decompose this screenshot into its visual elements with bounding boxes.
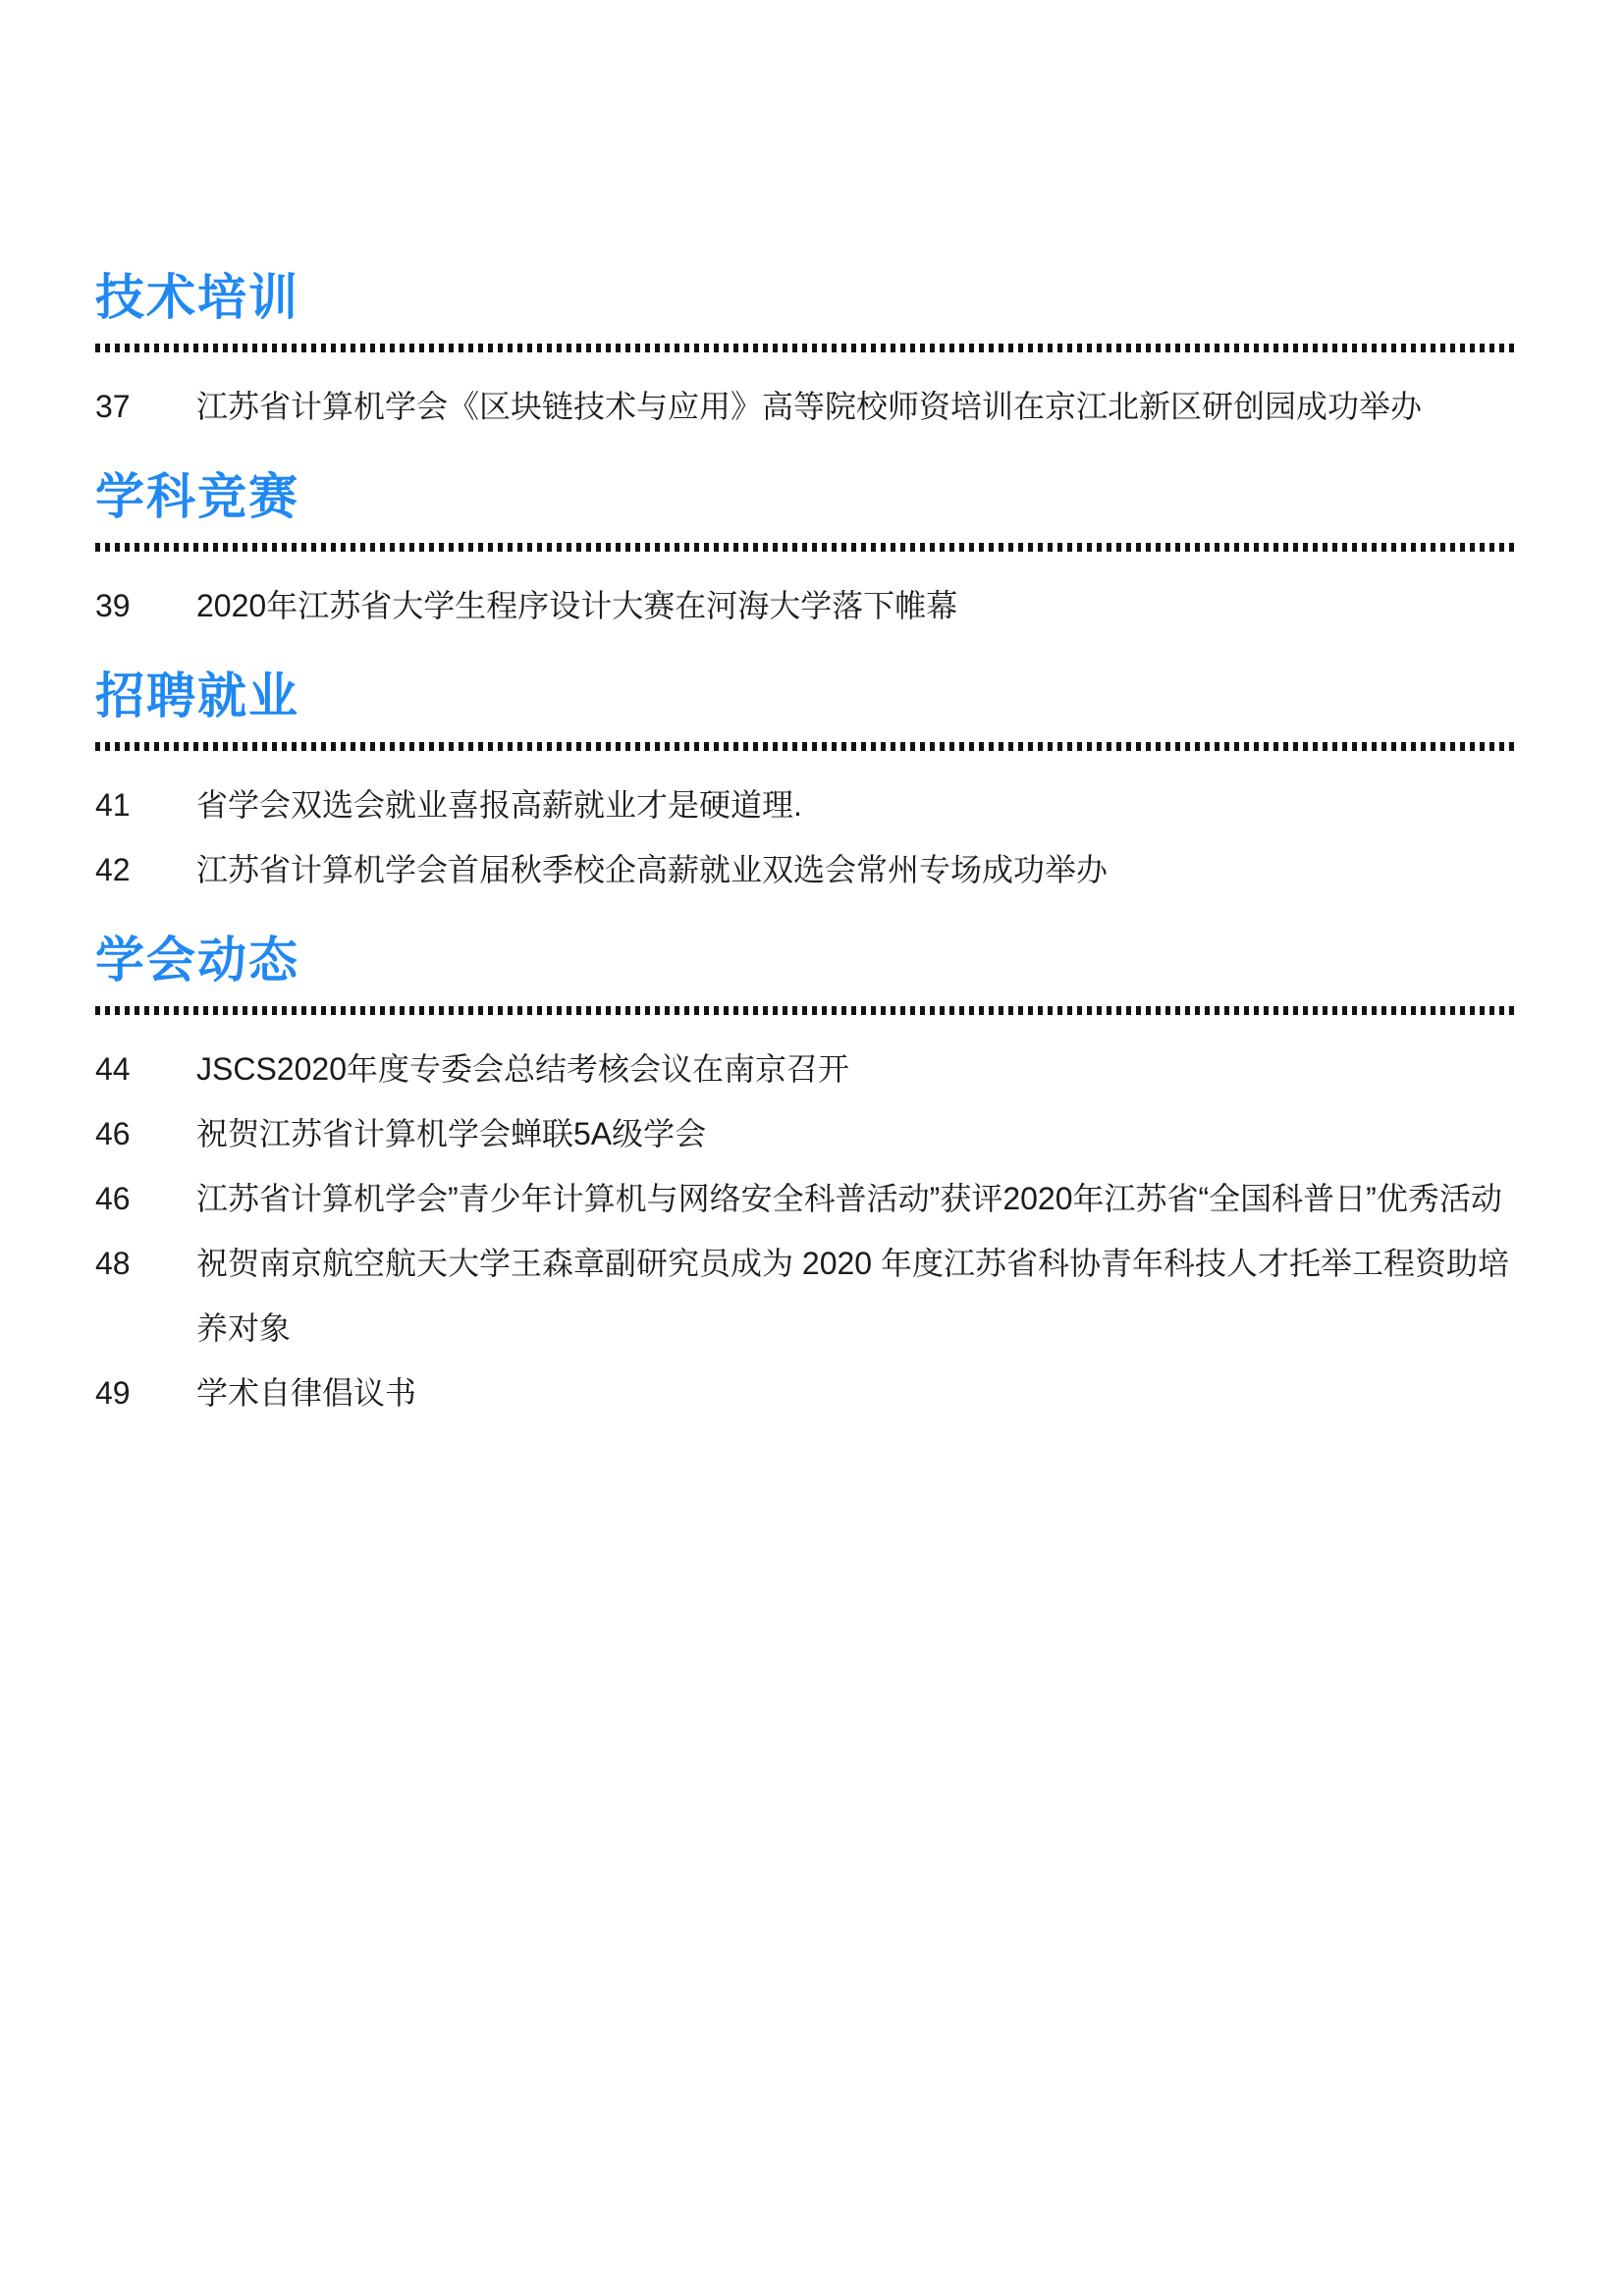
entry-page-number: 48 — [95, 1231, 196, 1296]
document-page: 技术培训 37 江苏省计算机学会《区块链技术与应用》高等院校师资培训在京江北新区… — [0, 0, 1624, 2296]
toc-entry[interactable]: 41 省学会双选会就业喜报高薪就业才是硬道理. — [95, 773, 1516, 837]
entry-title: 江苏省计算机学会首届秋季校企高薪就业双选会常州专场成功举办 — [196, 837, 1516, 902]
entry-page-number: 39 — [95, 573, 196, 638]
toc-section-recruitment-employment: 招聘就业 41 省学会双选会就业喜报高薪就业才是硬道理. 42 江苏省计算机学会… — [95, 666, 1516, 902]
toc-entry[interactable]: 46 江苏省计算机学会”青少年计算机与网络安全科普活动”获评2020年江苏省“全… — [95, 1166, 1516, 1231]
toc-section-technical-training: 技术培训 37 江苏省计算机学会《区块链技术与应用》高等院校师资培训在京江北新区… — [95, 267, 1516, 439]
toc-entry[interactable]: 44 JSCS2020年度专委会总结考核会议在南京召开 — [95, 1037, 1516, 1101]
entry-title: 祝贺江苏省计算机学会蝉联5A级学会 — [196, 1101, 1516, 1166]
entry-title: 江苏省计算机学会”青少年计算机与网络安全科普活动”获评2020年江苏省“全国科普… — [196, 1166, 1516, 1231]
entry-page-number: 44 — [95, 1037, 196, 1101]
section-heading: 学会动态 — [95, 930, 1516, 990]
toc-entry[interactable]: 48 祝贺南京航空航天大学王森章副研究员成为 2020 年度江苏省科协青年科技人… — [95, 1231, 1516, 1361]
section-heading: 学科竞赛 — [95, 466, 1516, 527]
table-of-contents: 技术培训 37 江苏省计算机学会《区块链技术与应用》高等院校师资培训在京江北新区… — [0, 0, 1624, 1425]
dotted-separator — [95, 543, 1516, 552]
entry-list: 44 JSCS2020年度专委会总结考核会议在南京召开 46 祝贺江苏省计算机学… — [95, 1037, 1516, 1425]
toc-section-society-news: 学会动态 44 JSCS2020年度专委会总结考核会议在南京召开 46 祝贺江苏… — [95, 930, 1516, 1425]
toc-entry[interactable]: 39 2020年江苏省大学生程序设计大赛在河海大学落下帷幕 — [95, 573, 1516, 638]
entry-title: 祝贺南京航空航天大学王森章副研究员成为 2020 年度江苏省科协青年科技人才托举… — [196, 1231, 1516, 1361]
entry-title: 江苏省计算机学会《区块链技术与应用》高等院校师资培训在京江北新区研创园成功举办 — [196, 374, 1516, 439]
section-heading: 技术培训 — [95, 267, 1516, 328]
entry-title: 省学会双选会就业喜报高薪就业才是硬道理. — [196, 773, 1516, 837]
entry-title: 2020年江苏省大学生程序设计大赛在河海大学落下帷幕 — [196, 573, 1516, 638]
dotted-separator — [95, 344, 1516, 352]
entry-page-number: 46 — [95, 1101, 196, 1166]
entry-list: 39 2020年江苏省大学生程序设计大赛在河海大学落下帷幕 — [95, 573, 1516, 638]
dotted-separator — [95, 742, 1516, 751]
entry-page-number: 46 — [95, 1166, 196, 1231]
toc-section-subject-competition: 学科竞赛 39 2020年江苏省大学生程序设计大赛在河海大学落下帷幕 — [95, 466, 1516, 638]
dotted-separator — [95, 1006, 1516, 1015]
entry-list: 37 江苏省计算机学会《区块链技术与应用》高等院校师资培训在京江北新区研创园成功… — [95, 374, 1516, 439]
toc-entry[interactable]: 37 江苏省计算机学会《区块链技术与应用》高等院校师资培训在京江北新区研创园成功… — [95, 374, 1516, 439]
entry-list: 41 省学会双选会就业喜报高薪就业才是硬道理. 42 江苏省计算机学会首届秋季校… — [95, 773, 1516, 902]
toc-entry[interactable]: 46 祝贺江苏省计算机学会蝉联5A级学会 — [95, 1101, 1516, 1166]
toc-entry[interactable]: 49 学术自律倡议书 — [95, 1361, 1516, 1425]
entry-page-number: 49 — [95, 1361, 196, 1425]
entry-page-number: 42 — [95, 837, 196, 902]
entry-title: 学术自律倡议书 — [196, 1361, 1516, 1425]
toc-entry[interactable]: 42 江苏省计算机学会首届秋季校企高薪就业双选会常州专场成功举办 — [95, 837, 1516, 902]
section-heading: 招聘就业 — [95, 666, 1516, 726]
entry-page-number: 41 — [95, 773, 196, 837]
entry-page-number: 37 — [95, 374, 196, 439]
entry-title: JSCS2020年度专委会总结考核会议在南京召开 — [196, 1037, 1516, 1101]
